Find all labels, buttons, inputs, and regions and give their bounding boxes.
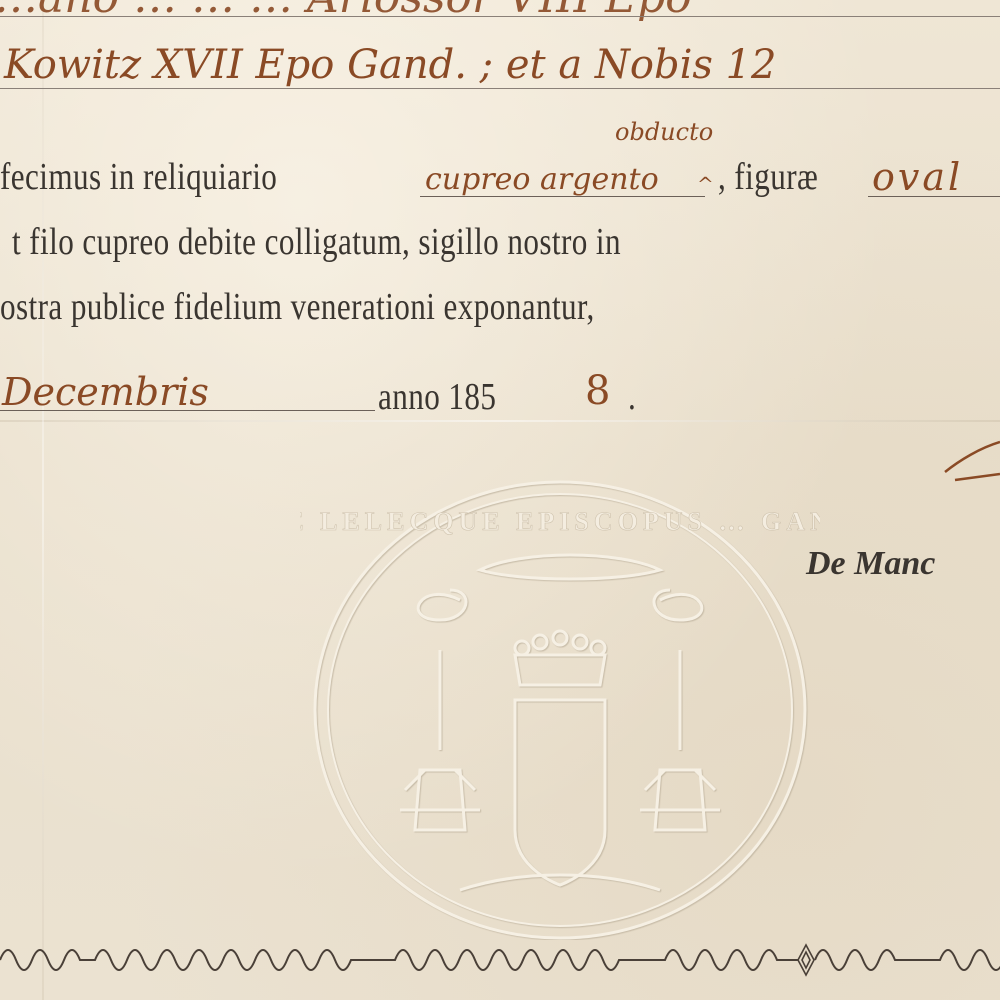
- printed-line-2: t filo cupreo debite colligatum, sigillo…: [12, 220, 621, 264]
- mandate-text-partial: De Manc: [806, 545, 935, 583]
- signature-stroke: [940, 430, 1000, 490]
- seal-legend: … DE LELECQUE EPISCOPUS … GAND …: [300, 507, 820, 536]
- handwritten-insert: obducto: [615, 118, 713, 146]
- diamond-ornament-icon: [798, 945, 814, 975]
- paper-fold-vertical: [42, 0, 44, 1000]
- fill-underline: [868, 196, 1000, 197]
- caret-mark: ^: [697, 172, 714, 196]
- handwritten-fill-material: cupreo argento: [425, 162, 659, 197]
- date-underline: [0, 410, 375, 411]
- printed-text-figurae: , figuræ: [718, 155, 818, 199]
- printed-text: fecimus in reliquiario: [0, 156, 277, 198]
- printed-line-3: ostra publice fidelium venerationi expon…: [0, 285, 595, 329]
- handwritten-fill-shape: oval: [872, 155, 963, 199]
- embossed-seal: … DE LELECQUE EPISCOPUS … GAND …: [300, 470, 820, 940]
- fill-underline: [420, 196, 705, 197]
- year-printed: 185: [448, 376, 496, 418]
- printed-year-line: anno 185: [378, 375, 496, 419]
- year-handwritten-digit: 8: [585, 368, 610, 414]
- anno-label: anno: [378, 376, 440, 418]
- printed-line-1: fecimus in reliquiario: [0, 155, 277, 199]
- handwritten-month: Decembris: [2, 370, 209, 414]
- handwritten-top-partial-line: …ano … … … Ariossor VIII Epo: [0, 0, 692, 23]
- handwritten-line-2: Kowitz XVII Epo Gand. ; et a Nobis 12: [4, 42, 777, 88]
- ruled-line: [0, 88, 1000, 89]
- ruled-line: [0, 16, 1000, 17]
- decorative-wavy-border: [0, 935, 1000, 985]
- year-period: .: [628, 375, 636, 419]
- paper-fold-horizontal: [0, 420, 1000, 422]
